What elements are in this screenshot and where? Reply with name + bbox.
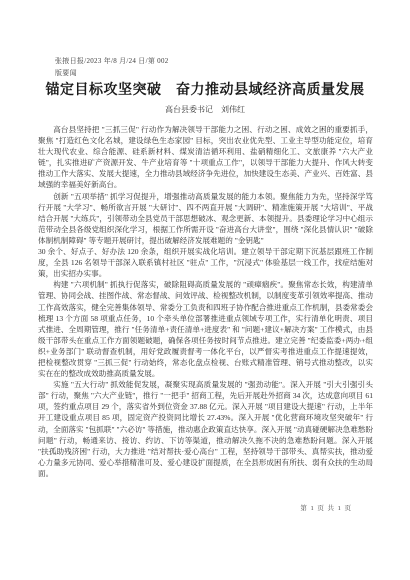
article-paragraph: 30 余个、好点子、好办法 120 余条，组织开展实战化培训。建立领导干部定期下… bbox=[38, 246, 373, 279]
article-paragraph: 高台县坚持把 "三抓三促" 行动作为解决领导干部能力之困、行动之困、成效之困的重… bbox=[38, 124, 373, 191]
page-footer: 第 1 页 共 1 页 bbox=[0, 503, 352, 512]
masthead-source-line: 张掖日报/2023 年/8 月/24 日/第 002 bbox=[55, 55, 169, 67]
masthead-section-line: 版要闻 bbox=[55, 67, 169, 79]
masthead: 张掖日报/2023 年/8 月/24 日/第 002 版要闻 bbox=[55, 55, 169, 79]
article-body: 高台县坚持把 "三抓三促" 行动作为解决领导干部能力之困、行动之困、成效之困的重… bbox=[38, 124, 373, 479]
document-page: 张掖日报/2023 年/8 月/24 日/第 002 版要闻 锚定目标攻坚突破 … bbox=[0, 0, 410, 580]
article-paragraph: 创新 "五项举措" 抓学习促提升，增强推动高质量发展的能力本领。聚焦能力为先，坚… bbox=[38, 191, 373, 246]
page-indicator: 第 1 页 共 1 页 bbox=[300, 505, 352, 512]
article-paragraph: 构建 "六项机制" 抓执行促落实，破除阻碍高质量发展的 "顽瘴痼疾"。聚焦常态长… bbox=[38, 279, 373, 379]
article-byline: 高台县委书记 刘伟红 bbox=[0, 104, 410, 115]
article-title: 锚定目标攻坚突破 奋力推动县域经济高质量发展 bbox=[0, 79, 410, 99]
article-paragraph: 实施 "五大行动" 抓效能促发展，凝聚实现高质量发展的 "强劲动能"。深入开展 … bbox=[38, 379, 373, 479]
